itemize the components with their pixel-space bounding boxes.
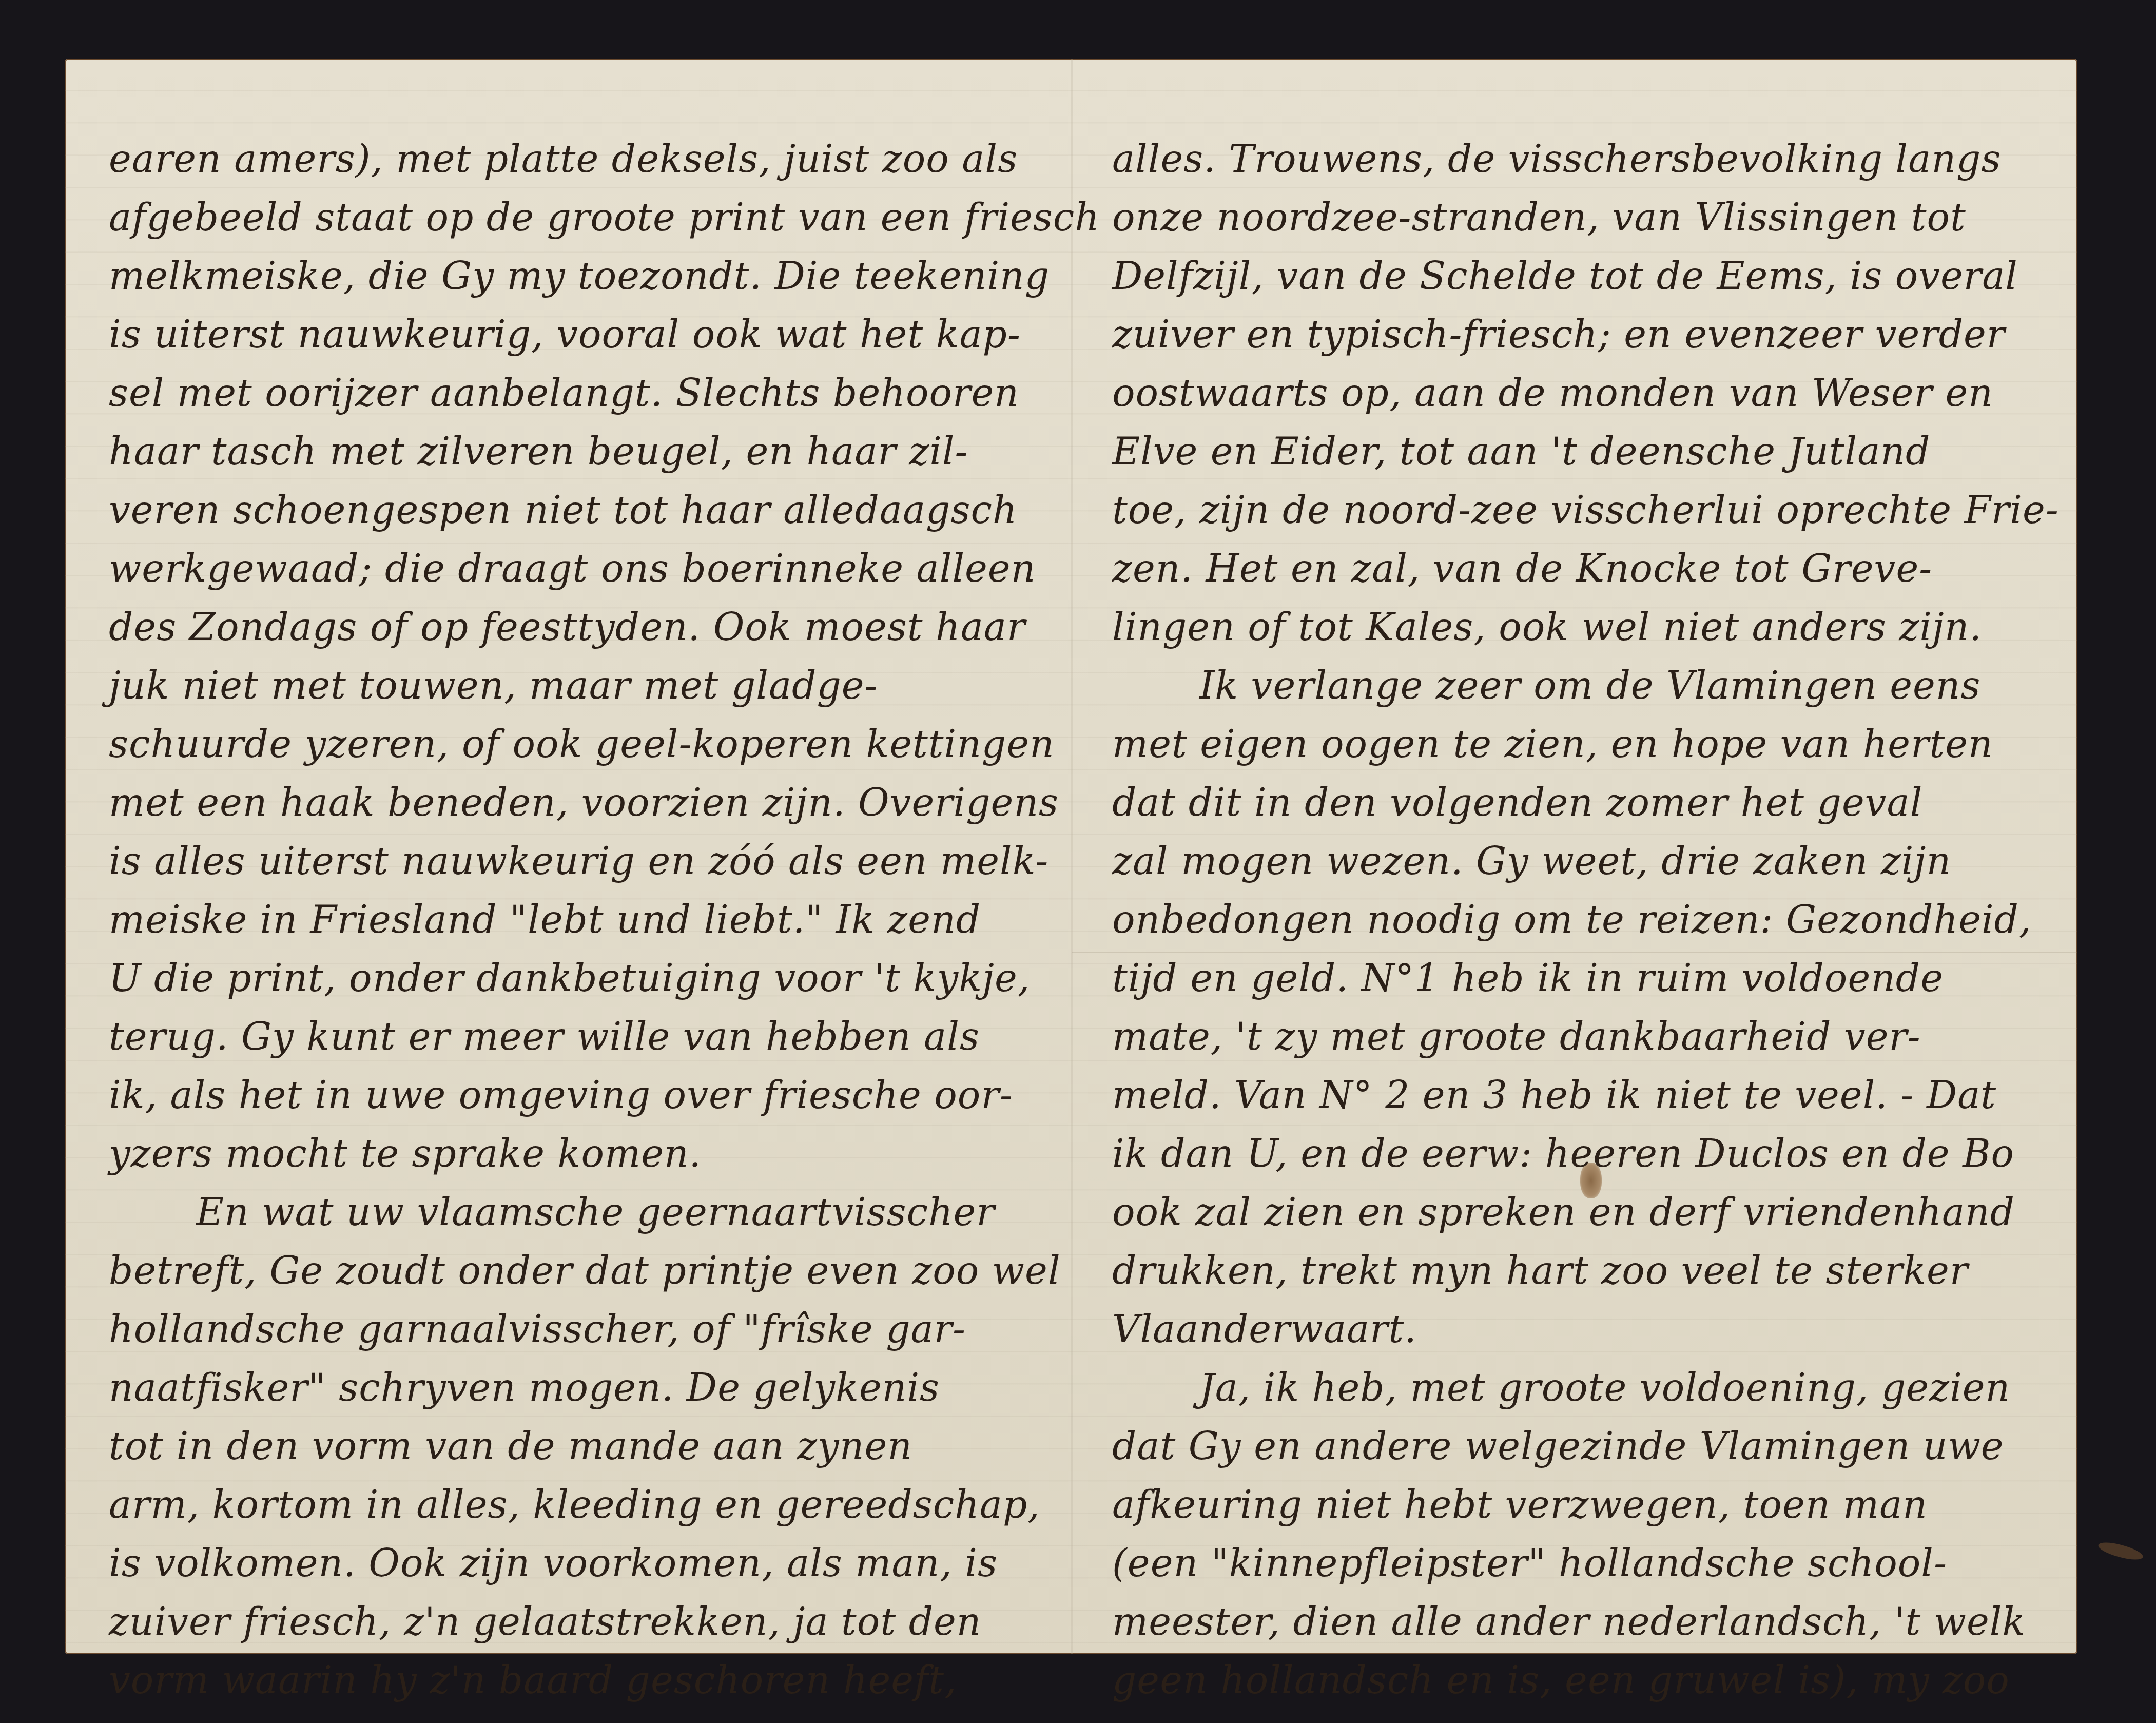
text-line: ik dan U, en de eerw: heeren Duclos en d… bbox=[1112, 1123, 2014, 1185]
text-line: zuiver en typisch-friesch; en evenzeer v… bbox=[1112, 304, 2005, 365]
ink-blot bbox=[2096, 1539, 2144, 1563]
text-line: veren schoengespen niet tot haar alledaa… bbox=[109, 479, 1018, 541]
text-line: meester, dien alle ander nederlandsch, '… bbox=[1112, 1591, 2026, 1653]
text-line: earen amers), met platte deksels, juist … bbox=[109, 128, 1018, 190]
text-line: (een "kinnepfleipster" hollandsche schoo… bbox=[1112, 1533, 1947, 1594]
text-line: meiske in Friesland "lebt und liebt." Ik… bbox=[109, 889, 981, 951]
text-line: is alles uiterst nauwkeurig en zóó als e… bbox=[109, 830, 1048, 892]
text-line: drukken, trekt myn hart zoo veel te ster… bbox=[1112, 1240, 1968, 1302]
text-line: Elve en Eider, tot aan 't deensche Jutla… bbox=[1112, 421, 1930, 482]
text-line: ik, als het in uwe omgeving over friesch… bbox=[109, 1064, 1013, 1126]
text-line: haar tasch met zilveren beugel, en haar … bbox=[109, 421, 968, 482]
text-line: lingen of tot Kales, ook wel niet anders… bbox=[1112, 596, 1982, 658]
text-line: meld. Van N° 2 en 3 heb ik niet te veel.… bbox=[1112, 1064, 1996, 1126]
text-line: melkmeiske, die Gy my toezondt. Die teek… bbox=[109, 245, 1050, 307]
text-line: werkgewaad; die draagt ons boerinneke al… bbox=[109, 538, 1036, 599]
letter-sheet: earen amers), met platte deksels, juist … bbox=[65, 59, 2077, 1654]
text-line: met een haak beneden, voorzien zijn. Ove… bbox=[109, 772, 1059, 834]
text-line: dat dit in den volgenden zomer het geval bbox=[1112, 772, 1922, 834]
text-line: Vlaanderwaart. bbox=[1112, 1299, 1417, 1360]
text-line: dat Gy en andere welgezinde Vlamingen uw… bbox=[1112, 1416, 2004, 1477]
center-fold bbox=[1071, 59, 1073, 1654]
text-line: alles. Trouwens, de visschersbevolking l… bbox=[1112, 128, 2001, 190]
text-line: afgebeeld staat op de groote print van e… bbox=[109, 187, 1100, 248]
text-line: onze noordzee-stranden, van Vlissingen t… bbox=[1112, 187, 1966, 248]
text-line: ook zal zien en spreken en derf vrienden… bbox=[1112, 1182, 2015, 1243]
text-line: met eigen oogen te zien, en hope van her… bbox=[1112, 713, 1993, 775]
text-line: betreft, Ge zoudt onder dat printje even… bbox=[109, 1240, 1061, 1302]
text-line: zen. Het en zal, van de Knocke tot Greve… bbox=[1112, 538, 1932, 599]
text-line: hollandsche garnaalvisscher, of "frîske … bbox=[109, 1299, 966, 1360]
text-line: juk niet met touwen, maar met gladge- bbox=[109, 655, 878, 717]
text-line: En wat uw vlaamsche geernaartvisscher bbox=[109, 1182, 995, 1243]
text-line: tijd en geld. N°1 heb ik in ruim voldoen… bbox=[1112, 947, 1944, 1009]
text-line: terug. Gy kunt er meer wille van hebben … bbox=[109, 1006, 980, 1068]
text-line: Ik verlange zeer om de Vlamingen eens bbox=[1112, 655, 1980, 717]
text-line: onbedongen noodig om te reizen: Gezondhe… bbox=[1112, 889, 2032, 951]
text-line: oostwaarts op, aan de monden van Weser e… bbox=[1112, 362, 1993, 424]
text-line: zuiver friesch, z'n gelaatstrekken, ja t… bbox=[109, 1591, 982, 1653]
text-line: afkeuring niet hebt verzwegen, toen man bbox=[1112, 1474, 1928, 1536]
text-line: Delfzijl, van de Schelde tot de Eems, is… bbox=[1112, 245, 2018, 307]
text-line: yzers mocht te sprake komen. bbox=[109, 1123, 702, 1185]
text-line: Ja, ik heb, met groote voldoening, gezie… bbox=[1112, 1357, 2010, 1419]
text-line: naatfisker" schryven mogen. De gelykenis bbox=[109, 1357, 940, 1419]
text-line: vorm waarin hy z'n baard geschoren heeft… bbox=[109, 1650, 957, 1711]
text-line: U die print, onder dankbetuiging voor 't… bbox=[109, 947, 1030, 1009]
text-line: arm, kortom in alles, kleeding en gereed… bbox=[109, 1474, 1040, 1536]
text-line: sel met oorijzer aanbelangt. Slechts beh… bbox=[109, 362, 1019, 424]
text-line: is uiterst nauwkeurig, vooral ook wat he… bbox=[109, 304, 1021, 365]
text-line: toe, zijn de noord-zee visscherlui oprec… bbox=[1112, 479, 2059, 541]
text-line: des Zondags of op feesttyden. Ook moest … bbox=[109, 596, 1025, 658]
text-line: is volkomen. Ook zijn voorkomen, als man… bbox=[109, 1533, 998, 1594]
text-line: mate, 't zy met groote dankbaarheid ver- bbox=[1112, 1006, 1921, 1068]
text-line: tot in den vorm van de mande aan zynen bbox=[109, 1416, 912, 1477]
text-line: zal mogen wezen. Gy weet, drie zaken zij… bbox=[1112, 830, 1951, 892]
text-line: schuurde yzeren, of ook geel-koperen ket… bbox=[109, 713, 1055, 775]
text-line: geen hollandsch en is, een gruwel is), m… bbox=[1112, 1650, 2010, 1711]
